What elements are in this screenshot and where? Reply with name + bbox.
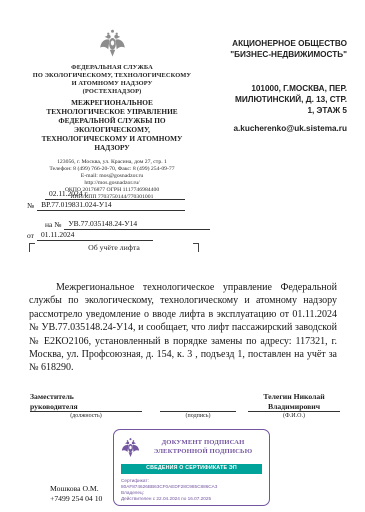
reference-block: 02.11.2024 г. № ВР.77.019831.024-У14 на …	[27, 189, 210, 241]
agency-name: ФЕДЕРАЛЬНАЯ СЛУЖБА ПО ЭКОЛОГИЧЕСКОМУ, ТЕ…	[20, 64, 204, 96]
outgoing-date: 02.11.2024 г.	[45, 189, 185, 200]
outgoing-number: ВР.77.019831.024-У14	[37, 200, 185, 211]
addressee-block: АКЦИОНЕРНОЕ ОБЩЕСТВО "БИЗНЕС-НЕДВИЖИМОСТ…	[187, 38, 347, 133]
stamp-header: ДОКУМЕНТ ПОДПИСАН ЭЛЕКТРОННОЙ ПОДПИСЬЮ	[121, 435, 262, 460]
stamp-banner: СВЕДЕНИЯ О СЕРТИФИКАТЕ ЭП	[121, 464, 262, 474]
subject-row: Об учёте лифта	[29, 243, 199, 252]
signature-block: Заместитель руководителя (должность) (по…	[30, 392, 340, 420]
incoming-number: УВ.77.035148.24-У14	[64, 219, 210, 230]
incoming-number-row: на № УВ.77.035148.24-У14	[45, 219, 210, 230]
signer-name: Телегин Николай Владимирович	[248, 392, 340, 412]
addressee-address: 101000, Г.МОСКВА, ПЕР. МИЛЮТИНСКИЙ, Д. 1…	[187, 83, 347, 116]
addressee-name: АКЦИОНЕРНОЕ ОБЩЕСТВО "БИЗНЕС-НЕДВИЖИМОСТ…	[187, 38, 347, 60]
executor-block: Мошкова О.М. +7499 254 04 10	[50, 484, 102, 504]
executor-phone: +7499 254 04 10	[50, 494, 102, 504]
incoming-number-label: на №	[45, 220, 64, 230]
signature-line	[160, 401, 236, 412]
letterhead: ФЕДЕРАЛЬНАЯ СЛУЖБА ПО ЭКОЛОГИЧЕСКОМУ, ТЕ…	[20, 25, 204, 200]
sign-caption: (подпись)	[160, 412, 236, 420]
executor-name: Мошкова О.М.	[50, 484, 102, 494]
stamp-eagle-icon	[121, 435, 140, 460]
stamp-certificate-info: Сертификат: 80AF874626BB63CF0AEDF28C985C…	[121, 478, 262, 502]
signer-role: Заместитель руководителя	[30, 392, 142, 412]
subject-text: Об учёте лифта	[88, 243, 140, 252]
outgoing-number-row: № ВР.77.019831.024-У14	[27, 200, 185, 211]
role-caption: (должность)	[30, 412, 142, 420]
official-letter-page: ФЕДЕРАЛЬНАЯ СЛУЖБА ПО ЭКОЛОГИЧЕСКОМУ, ТЕ…	[0, 0, 365, 512]
signature-name-column: Телегин Николай Владимирович (Ф.И.О.)	[248, 392, 340, 420]
esignature-stamp: ДОКУМЕНТ ПОДПИСАН ЭЛЕКТРОННОЙ ПОДПИСЬЮ С…	[113, 429, 270, 506]
addressee-email: a.kucherenko@uk.sistema.ru	[187, 124, 347, 133]
name-caption: (Ф.И.О.)	[248, 412, 340, 420]
stamp-title: ДОКУМЕНТ ПОДПИСАН ЭЛЕКТРОННОЙ ПОДПИСЬЮ	[144, 439, 262, 455]
signature-role-column: Заместитель руководителя (должность)	[30, 392, 142, 420]
outgoing-date-row: 02.11.2024 г.	[45, 189, 185, 200]
letter-body: Межрегиональное технологическое управлен…	[29, 281, 337, 375]
subject-corner-right	[193, 243, 199, 252]
incoming-date: 01.11.2024	[37, 230, 153, 241]
outgoing-number-label: №	[27, 201, 37, 211]
subject-corner-left	[29, 243, 35, 252]
validity-period: Действителен с 22.04.2024 по 16.07.2025	[121, 496, 262, 502]
signature-sign-column: (подпись)	[160, 401, 236, 420]
incoming-date-row: от 01.11.2024	[27, 230, 153, 241]
coat-of-arms-icon	[99, 25, 126, 61]
department-name: МЕЖРЕГИОНАЛЬНОЕ ТЕХНОЛОГИЧЕСКОЕ УПРАВЛЕН…	[20, 98, 204, 152]
incoming-date-label: от	[27, 231, 37, 241]
